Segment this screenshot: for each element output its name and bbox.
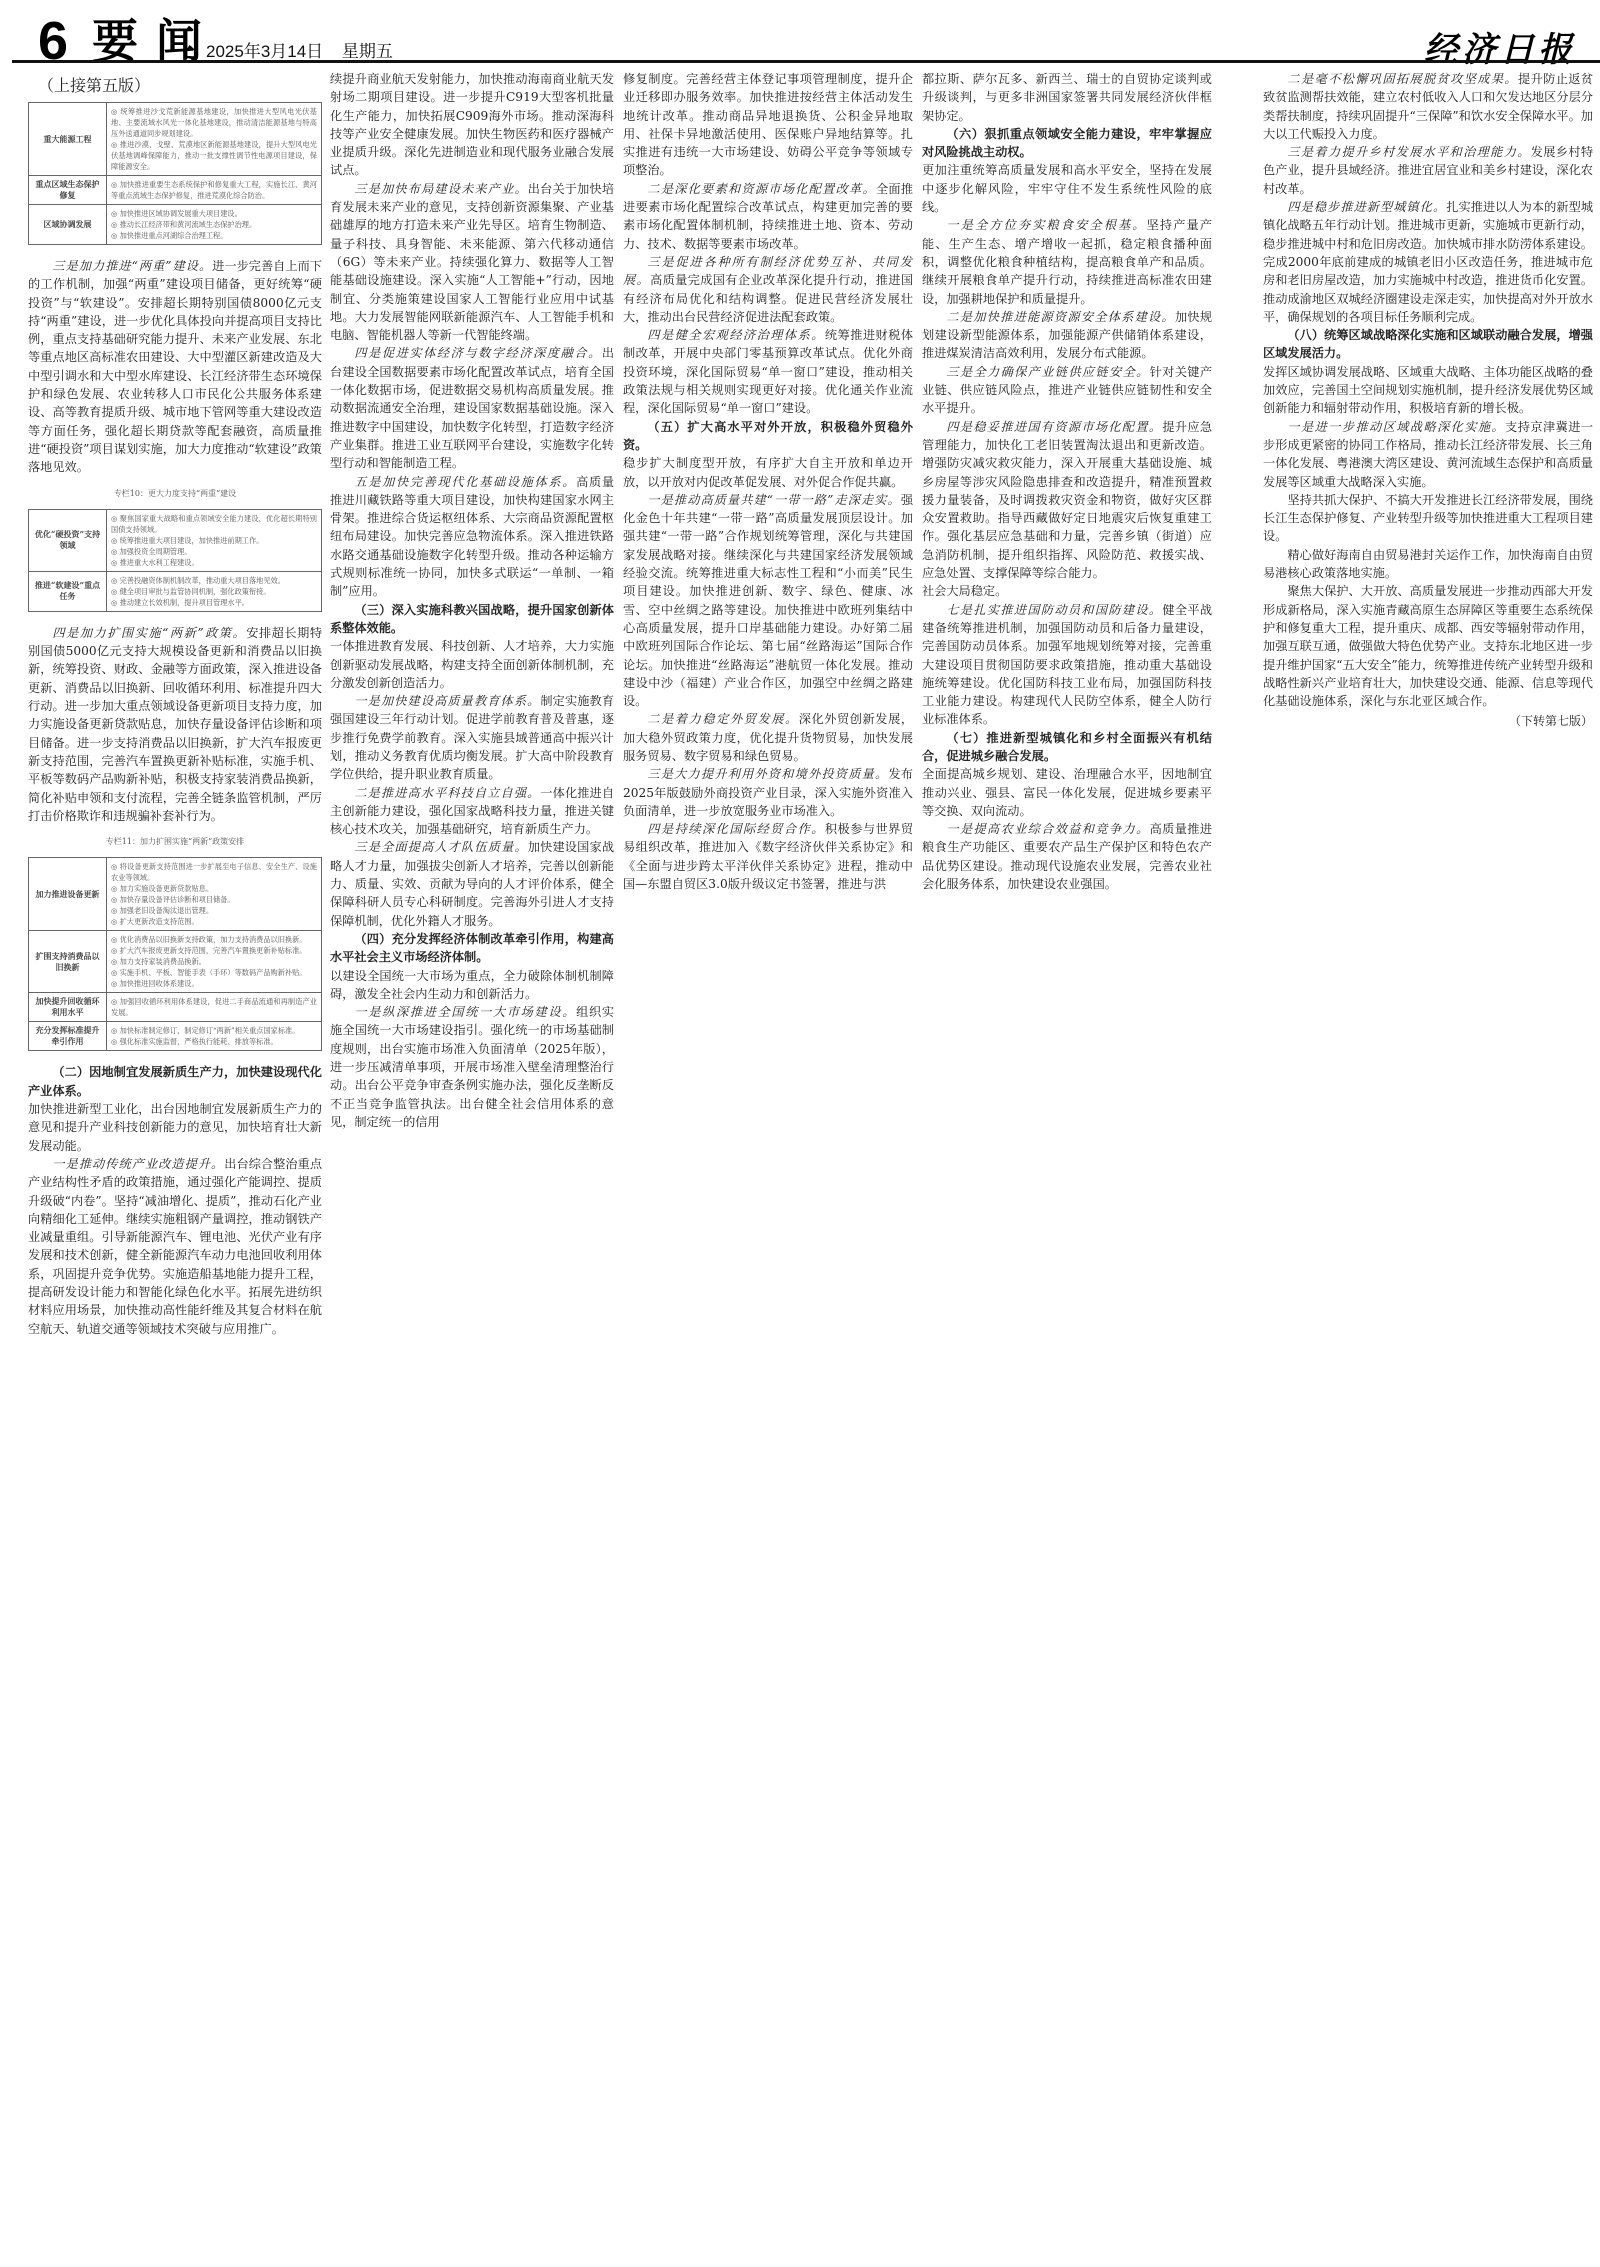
table-row: 优化“硬投资”支持领域 聚焦国家重大战略和重点领域安全能力建设，优化超长期特别国… [29, 509, 322, 571]
paragraph: 修复制度。完善经营主体登记事项管理制度，提升企业迁移即办服务效率。加快推进按经营… [623, 70, 913, 180]
column-2: 续提升商业航天发射能力，加快推动海南商业航天发射场二期项目建设。进一步提升C91… [330, 70, 614, 2260]
paragraph: 一是纵深推进全国统一大市场建设。组织实施全国统一大市场建设指引。强化统一的市场基… [330, 1003, 614, 1131]
column-4: 都拉斯、萨尔瓦多、新西兰、瑞士的自贸协定谈判或升级谈判，与更多非洲国家签署共同发… [922, 70, 1212, 2260]
paragraph: 一是加快建设高质量教育体系。制定实施教育强国建设三年行动计划。促进学前教育普及普… [330, 692, 614, 783]
paragraph: 三是全面提高人才队伍质量。加快建设国家战略人才力量，加强拔尖创新人才培养，完善以… [330, 838, 614, 929]
table-row: 推进“软建设”重点任务 完善投融资体制机制改革，推动重大项目落地见效。 健全项目… [29, 571, 322, 611]
paragraph: 四是健全宏观经济治理体系。统筹推进财税体制改革，开展中央部门零基预算改革试点。优… [623, 326, 913, 417]
table-row: 重点区域生态保护修复 加快推进重要生态系统保护和修复重大工程，实施长江、黄河等重… [29, 176, 322, 205]
paragraph: 五是加快完善现代化基础设施体系。高质量推进川藏铁路等重大项目建设，加快构建国家水… [330, 473, 614, 601]
paragraph: 发挥区域协调发展战略、区域重大战略、主体功能区战略的叠加效应，完善国土空间规划实… [1263, 363, 1593, 418]
paragraph: 四是持续深化国际经贸合作。积极参与世界贸易组织改革，推进加入《数字经济伙伴关系协… [623, 820, 913, 893]
paragraph: 三是促进各种所有制经济优势互补、共同发展。高质量完成国有企业改革深化提升行动，推… [623, 253, 913, 326]
paragraph: 四是加力扩围实施“两新”政策。安排超长期特别国债5000亿元支持大规模设备更新和… [28, 624, 322, 825]
newspaper-logo: 经济日报 [1424, 30, 1576, 70]
table-caption: 专栏11：加力扩围实施“两新”政策安排 [28, 833, 322, 851]
paragraph: 二是深化要素和资源市场化配置改革。全面推进要素市场化配置综合改革试点，构建更加完… [623, 180, 913, 253]
paragraph: 社会大局稳定。 [922, 582, 1212, 600]
paragraph: 四是稳妥推进国有资源市场化配置。提升应急管理能力，加快化工老旧装置淘汰退出和更新… [922, 418, 1212, 583]
table-row: 区域协调发展 加快推进区域协调发展重大项目建设。 推动长江经济带和黄河流域生态保… [29, 205, 322, 245]
column-5: 二是毫不松懈巩固拓展脱贫攻坚成果。提升防止返贫致贫监测帮扶效能，建立农村低收入人… [1263, 70, 1593, 2260]
paragraph: 全面提高城乡规划、建设、治理融合水平，因地制宜推动兴业、强县、富民一体化发展，促… [922, 765, 1212, 820]
paragraph: 更加注重统筹高质量发展和高水平安全，坚持在发展中逐步化解风险，牢牢守住不发生系统… [922, 161, 1212, 216]
paragraph: 三是加力推进“两重”建设。进一步完善自上而下的工作机制，加强“两重”建设项目储备… [28, 257, 322, 477]
paragraph: 二是毫不松懈巩固拓展脱贫攻坚成果。提升防止返贫致贫监测帮扶效能，建立农村低收入人… [1263, 70, 1593, 143]
paragraph: 二是加快推进能源资源安全体系建设。加快规划建设新型能源体系，加强能源产供储销体系… [922, 308, 1212, 363]
paragraph: 一是推动高质量共建“一带一路”走深走实。强化金色十年共建“一带一路”高质量发展顶… [623, 491, 913, 711]
masthead: 6 要闻 2025年3月14日 星期五 经济日报 [0, 0, 1600, 62]
paragraph: 一是全方位夯实粮食安全根基。坚持产量产能、生产生态、增产增收一起抓，稳定粮食播种… [922, 216, 1212, 307]
paragraph: 三是着力提升乡村发展水平和治理能力。发展乡村特色产业，提升县域经济。推进宜居宜业… [1263, 143, 1593, 198]
paragraph: 一是进一步推动区域战略深化实施。支持京津冀进一步形成更紧密的协同工作格局，推动长… [1263, 418, 1593, 491]
table-row: 充分发挥标准提升牵引作用 加快标准制定修订，制定修订“两新”相关重点国家标准。 … [29, 1022, 322, 1051]
paragraph: 都拉斯、萨尔瓦多、新西兰、瑞士的自贸协定谈判或升级谈判，与更多非洲国家签署共同发… [922, 70, 1212, 125]
continued-note: （上接第五版） [38, 74, 322, 98]
table-two-new: 加力推进设备更新 将设备更新支持范围进一步扩展至电子信息、安全生产、设施农业等领… [28, 857, 322, 1051]
section-heading: （四）充分发挥经济体制改革牵引作用，构建高水平社会主义市场经济体制。 [330, 930, 614, 967]
table-row: 加快提升回收循环利用水平 加强回收循环利用体系建设，促进二手商品流通和再制造产业… [29, 993, 322, 1022]
paragraph: 二是着力稳定外贸发展。深化外贸创新发展，加大稳外贸政策力度，优化提升货物贸易，加… [623, 710, 913, 765]
column-3: 修复制度。完善经营主体登记事项管理制度，提升企业迁移即办服务效率。加快推进按经营… [623, 70, 913, 2260]
section-heading: （三）深入实施科教兴国战略，提升国家创新体系整体效能。 [330, 601, 614, 638]
header-rule [12, 60, 1600, 63]
table-row: 扩围支持消费品以旧换新 优化消费品以旧换新支持政策，加力支持消费品以旧换新。 扩… [29, 931, 322, 993]
paragraph: 聚焦大保护、大开放、高质量发展进一步推动西部大开发形成新格局，深入实施青藏高原生… [1263, 582, 1593, 710]
continued-on-note: （下转第七版） [1263, 712, 1593, 730]
paragraph: 续提升商业航天发射能力，加快推动海南商业航天发射场二期项目建设。进一步提升C91… [330, 70, 614, 180]
paragraph: 一是推动传统产业改造提升。出台综合整治重点产业结构性矛盾的政策措施，通过强化产能… [28, 1155, 322, 1338]
date: 2025年3月14日 [206, 42, 323, 61]
table-caption: 专栏10：更大力度支持“两重”建设 [28, 485, 322, 503]
paragraph: 精心做好海南自由贸易港封关运作工作，加快海南自由贸易港核心政策落地实施。 [1263, 546, 1593, 583]
paragraph: 二是推进高水平科技自立自强。一体化推进自主创新能力建设，强化国家战略科技力量，推… [330, 784, 614, 839]
section-heading: （五）扩大高水平对外开放，积极稳外贸稳外资。 [623, 418, 913, 455]
paragraph: 稳步扩大制度型开放，有序扩大自主开放和单边开放，以开放对内促改革促发展、对外促合… [623, 454, 913, 491]
paragraph: 三是全力确保产业链供应链安全。针对关键产业链、供应链风险点，推进产业链供应链韧性… [922, 363, 1212, 418]
section-heading: （七）推进新型城镇化和乡村全面振兴有机结合，促进城乡融合发展。 [922, 729, 1212, 766]
issue-date: 2025年3月14日 星期五 [206, 42, 407, 62]
section-heading: （六）狠抓重点领域安全能力建设，牢牢掌握应对风险挑战主动权。 [922, 125, 1212, 162]
paragraph: 四是稳步推进新型城镇化。扎实推进以人为本的新型城镇化战略五年行动计划。推进城市更… [1263, 198, 1593, 326]
paragraph: 以建设全国统一大市场为重点，全力破除体制机制障碍，激发全社会内生动力和创新活力。 [330, 967, 614, 1004]
weekday: 星期五 [342, 42, 393, 61]
table-energy-ecology: 重大能源工程 统筹推进沙戈荒新能源基地建设，加快推进大型风电光伏基地、主要流域水… [28, 102, 322, 245]
paragraph: 七是扎实推进国防动员和国防建设。健全平战建备统筹推进机制，加强国防动员和后备力量… [922, 601, 1212, 729]
table-row: 加力推进设备更新 将设备更新支持范围进一步扩展至电子信息、安全生产、设施农业等领… [29, 858, 322, 931]
column-1: （上接第五版） 重大能源工程 统筹推进沙戈荒新能源基地建设，加快推进大型风电光伏… [28, 70, 322, 2260]
table-row: 重大能源工程 统筹推进沙戈荒新能源基地建设，加快推进大型风电光伏基地、主要流域水… [29, 103, 322, 176]
paragraph: 坚持共抓大保护、不搞大开发推进长江经济带发展，围绕长江生态保护修复、产业转型升级… [1263, 491, 1593, 546]
table-two-major: 优化“硬投资”支持领域 聚焦国家重大战略和重点领域安全能力建设，优化超长期特别国… [28, 509, 322, 612]
paragraph: 三是大力提升利用外资和境外投资质量。发布2025年版鼓励外商投资产业目录，深入实… [623, 765, 913, 820]
section-heading: （二）因地制宜发展新质生产力，加快建设现代化产业体系。 [28, 1063, 322, 1100]
paragraph: 三是加快布局建设未来产业。出台关于加快培育发展未来产业的意见，支持创新资源集聚、… [330, 180, 614, 345]
section-heading: （八）统筹区域战略深化实施和区域联动融合发展，增强区域发展活力。 [1263, 326, 1593, 363]
paragraph: 四是促进实体经济与数字经济深度融合。出台建设全国数据要素市场化配置改革试点，培育… [330, 344, 614, 472]
paragraph: 一体推进教育发展、科技创新、人才培养，大力实施创新驱动发展战略，构建支持全面创新… [330, 637, 614, 692]
paragraph: 加快推进新型工业化，出台因地制宜发展新质生产力的意见和提升产业科技创新能力的意见… [28, 1100, 322, 1155]
paragraph: 一是提高农业综合效益和竞争力。高质量推进粮食生产功能区、重要农产品生产保护区和特… [922, 820, 1212, 893]
